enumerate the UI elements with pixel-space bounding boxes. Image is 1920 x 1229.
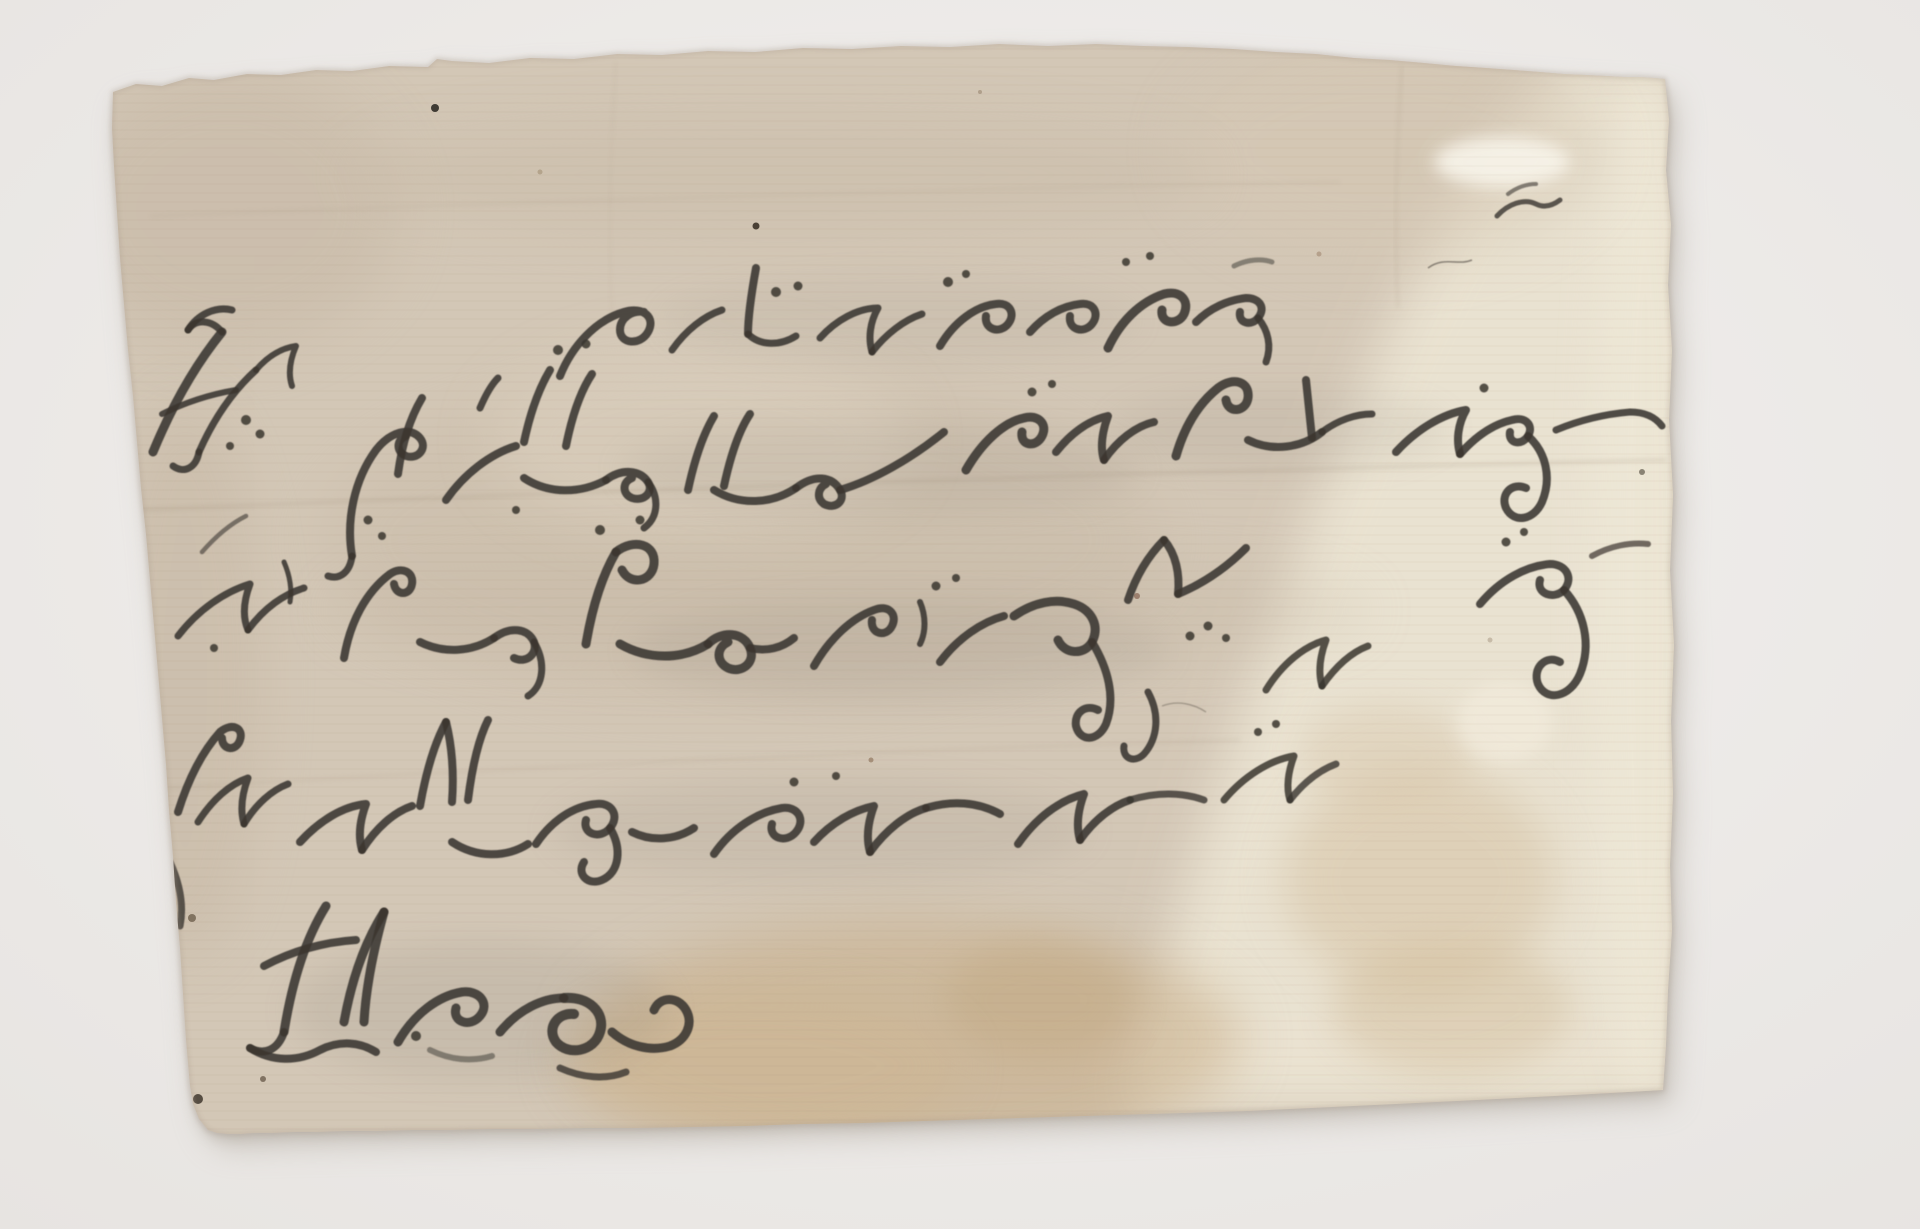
ink-dot [226, 442, 234, 450]
ink-dot [1222, 634, 1230, 642]
ink-dot [210, 644, 218, 652]
ink-dot [411, 1031, 421, 1041]
paper-speck [978, 90, 982, 94]
paper-speck [260, 1076, 266, 1082]
paper-inner [60, 36, 1700, 1160]
ink-dot [932, 582, 941, 591]
ink-dot [256, 430, 265, 439]
paper-fragment [60, 36, 1700, 1160]
ink-dot [790, 778, 799, 787]
ink-dot [1272, 720, 1280, 728]
ink-dot [364, 516, 373, 525]
ink-dot [512, 506, 520, 514]
paper-speck [1134, 593, 1140, 599]
ink-dot [1254, 728, 1262, 736]
ink-dot [378, 532, 386, 540]
ink-dot [832, 772, 840, 780]
paper-speck [1639, 469, 1645, 475]
ink-dot [1048, 380, 1056, 388]
paper-speck [538, 170, 543, 175]
paper-speck [431, 104, 439, 112]
ink-dot [241, 415, 251, 425]
ink-dot [582, 340, 591, 349]
ink-dot [553, 345, 563, 355]
ink-dot [952, 574, 960, 582]
paper-speck [1488, 638, 1493, 643]
ink-dot [1186, 632, 1195, 641]
paper-speck [1317, 252, 1322, 257]
paper-speck [869, 758, 874, 763]
ink-dot [1204, 622, 1213, 631]
ink-dot [771, 287, 781, 297]
ink-dot [636, 516, 645, 525]
ink-dot [1028, 388, 1037, 397]
ink-dot [962, 270, 970, 278]
ink-dot [1502, 538, 1511, 547]
photo-stage [0, 0, 1920, 1229]
ink-smudge-line2-right [1110, 390, 1450, 470]
manuscript-photograph [0, 0, 1920, 1229]
paper-speck [188, 914, 196, 922]
ink-dot [1122, 258, 1130, 266]
ink-dot [943, 277, 953, 287]
ink-dot [1480, 384, 1489, 393]
ink-dot [1520, 528, 1528, 536]
ink-dot [1146, 252, 1154, 260]
paper-speck [753, 223, 760, 230]
ink-dot [595, 525, 605, 535]
paper-speck [193, 1094, 203, 1104]
ink-dot [794, 282, 803, 291]
